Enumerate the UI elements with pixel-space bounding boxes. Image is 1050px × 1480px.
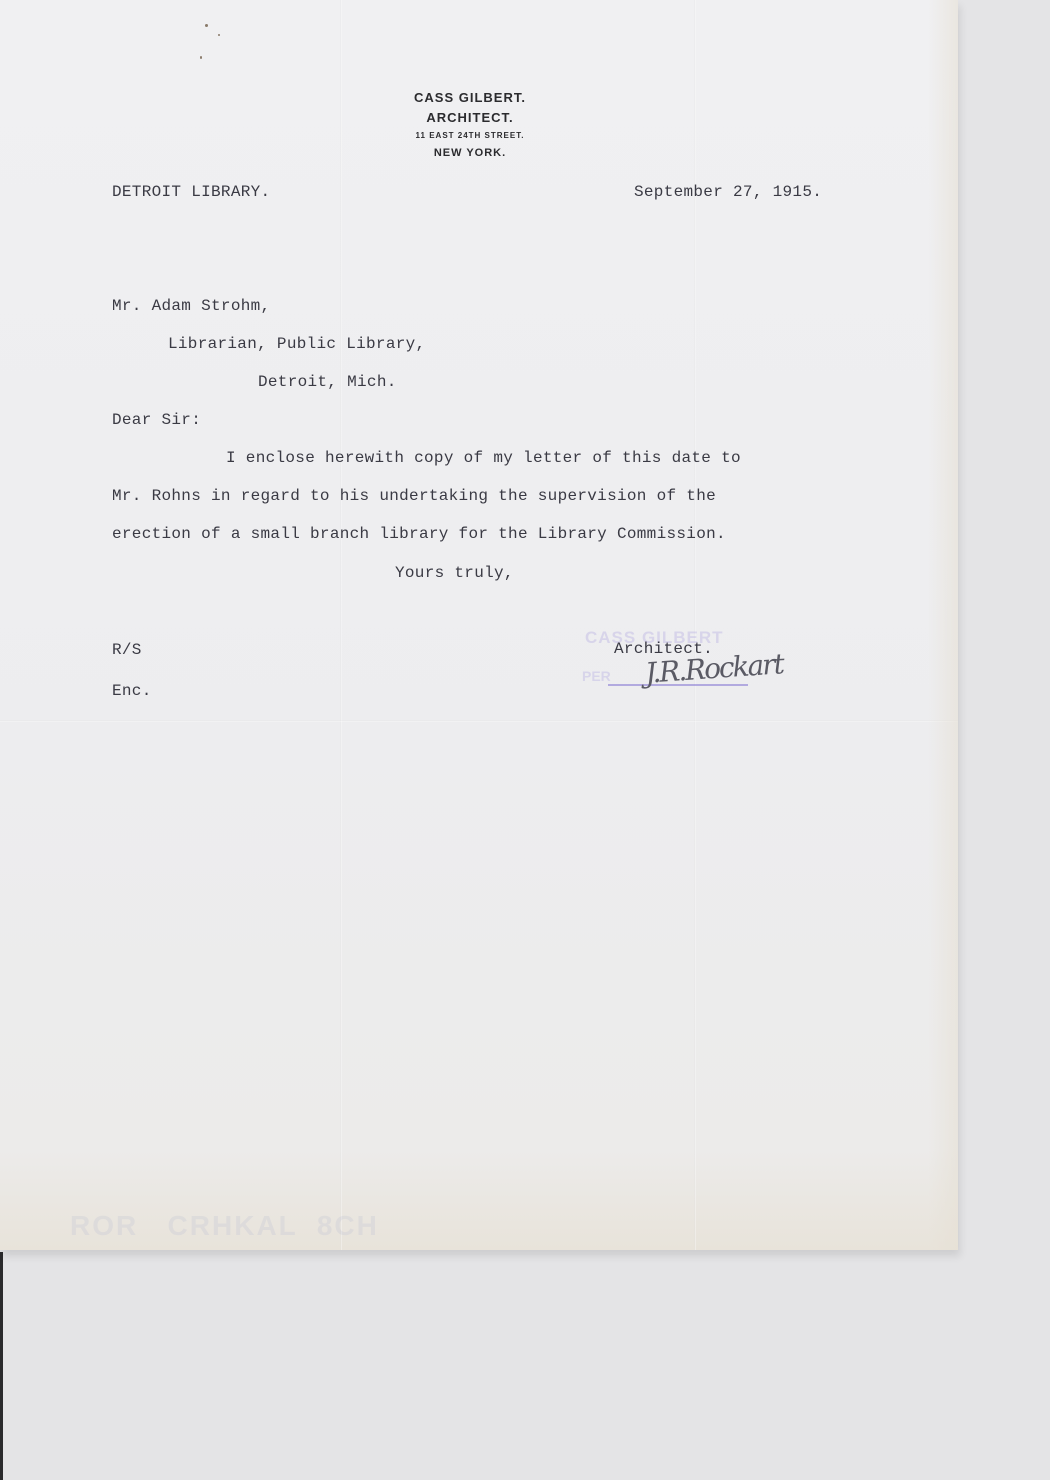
typist-initials: R/S [112,641,142,659]
reference-line: DETROIT LIBRARY. [112,183,270,201]
body-line: I enclose herewith copy of my letter of … [226,449,741,467]
letterhead-name: CASS GILBERT. [370,88,570,108]
paper-speck [200,56,202,59]
paper-speck [218,34,220,36]
recipient-position: Librarian, Public Library, [168,335,425,353]
recipient-location: Detroit, Mich. [258,373,397,391]
body-line: Mr. Rohns in regard to his undertaking t… [112,487,716,505]
paper-speck [205,24,208,27]
closing: Yours truly, [395,564,514,582]
letterhead-city: NEW YORK. [370,144,570,162]
letterhead: CASS GILBERT. ARCHITECT. 11 EAST 24TH ST… [370,88,570,162]
enclosure-note: Enc. [112,682,152,700]
background-edge [0,1252,3,1480]
salutation: Dear Sir: [112,411,201,429]
faded-archive-stamp: R​OR C​RHKAL 8​C​H [70,1210,379,1242]
letterhead-title: ARCHITECT. [370,108,570,128]
letterhead-address: 11 EAST 24TH STREET. [370,128,570,144]
letter-page: CASS GILBERT. ARCHITECT. 11 EAST 24TH ST… [0,0,958,1250]
recipient-name: Mr. Adam Strohm, [112,297,270,315]
body-line: erection of a small branch library for t… [112,525,726,543]
company-stamp-per: PER [582,668,611,684]
letter-date: September 27, 1915. [634,183,822,201]
fold-crease-horizontal [0,720,958,722]
fold-crease-vertical [340,0,342,1250]
